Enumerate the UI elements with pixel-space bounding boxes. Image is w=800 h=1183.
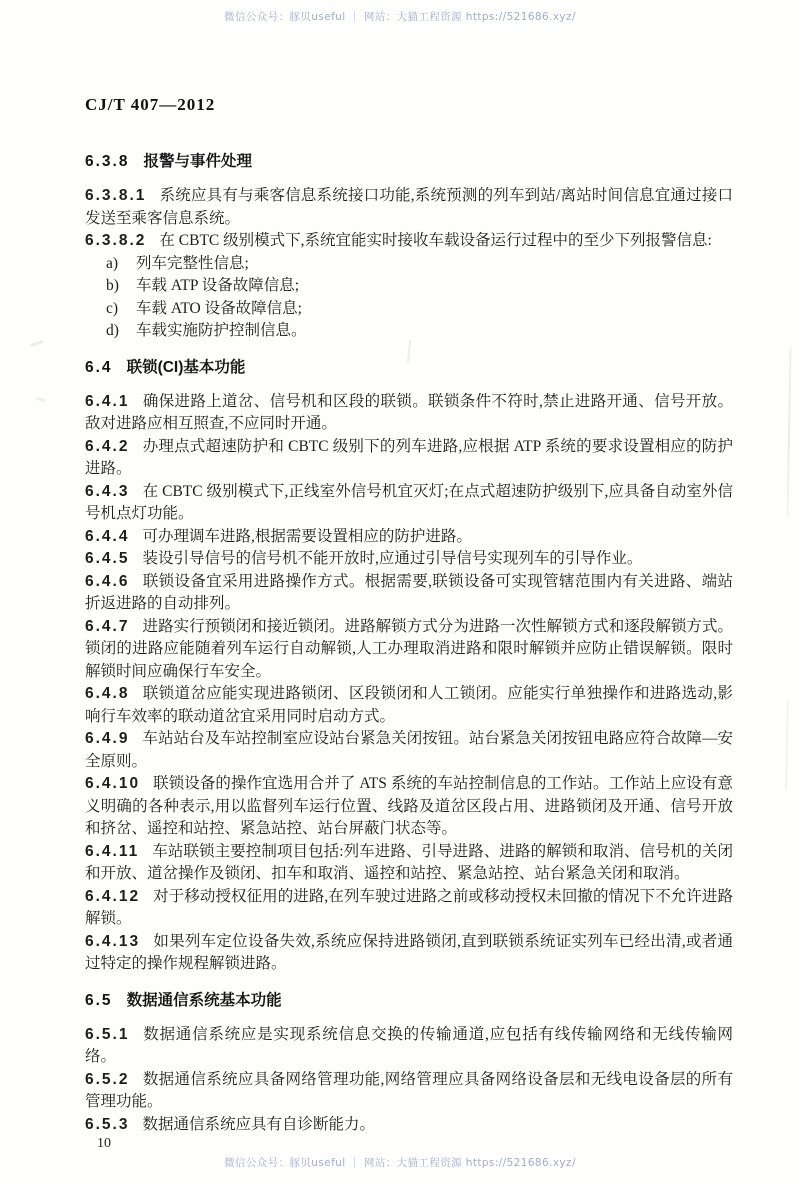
- clause-number: 6.4.2: [85, 438, 129, 455]
- clause-text: 联锁设备的操作宜选用合并了 ATS 系统的车站控制信息的工作站。工作站上应设有意…: [85, 775, 733, 837]
- clause-number: 6.5.1: [85, 1026, 129, 1043]
- section-number: 6.5: [85, 992, 113, 1009]
- page-content: CJ/T 407—2012 6.3.8报警与事件处理 6.3.8.1系统应具有与…: [85, 95, 733, 1152]
- clause-6-4-3: 6.4.3在 CBTC 级别模式下,正线室外信号机宜灭灯;在点式超速防护级别下,…: [85, 481, 733, 526]
- document-page: 微信公众号：豚贝useful ｜ 网站：大猫工程资源 https://52168…: [0, 0, 800, 1183]
- clause-6-4-1: 6.4.1确保进路上道岔、信号机和区段的联锁。联锁条件不符时,禁止进路开通、信号…: [85, 391, 733, 436]
- clause-6-4-4: 6.4.4可办理调车进路,根据需要设置相应的防护进路。: [85, 526, 733, 549]
- clause-number: 6.4.6: [85, 573, 129, 590]
- list-text: 列车完整性信息;: [136, 255, 249, 272]
- clause-6-3-8-1: 6.3.8.1系统应具有与乘客信息系统接口功能,系统预测的列车到站/离站时间信息…: [85, 185, 733, 230]
- clause-number: 6.4.10: [85, 775, 140, 792]
- clause-6-5-3: 6.5.3数据通信系统应具有自诊断能力。: [85, 1114, 733, 1137]
- clause-text: 数据通信系统应具备网络管理功能,网络管理应具备网络设备层和无线电设备层的所有管理…: [85, 1071, 733, 1111]
- scan-artifact: [30, 340, 44, 347]
- list-item-b: b)车载 ATP 设备故障信息;: [85, 275, 733, 298]
- list-item-d: d)车载实施防护控制信息。: [85, 320, 733, 343]
- section-heading-6-3-8: 6.3.8报警与事件处理: [85, 151, 733, 173]
- clause-text: 在 CBTC 级别模式下,正线室外信号机宜灭灯;在点式超速防护级别下,应具备自动…: [85, 483, 733, 523]
- list-item-c: c)车载 ATO 设备故障信息;: [85, 298, 733, 321]
- clause-number: 6.4.7: [85, 618, 129, 635]
- watermark-top: 微信公众号：豚贝useful ｜ 网站：大猫工程资源 https://52168…: [0, 9, 800, 24]
- list-item-a: a)列车完整性信息;: [85, 253, 733, 276]
- list-marker: a): [106, 253, 136, 276]
- clause-text: 办理点式超速防护和 CBTC 级别下的列车进路,应根据 ATP 系统的要求设置相…: [85, 438, 733, 478]
- clause-6-4-9: 6.4.9车站站台及车站控制室应设站台紧急关闭按钮。站台紧急关闭按钮电路应符合故…: [85, 728, 733, 773]
- watermark-bottom: 微信公众号：豚贝useful ｜ 网站：大猫工程资源 https://52168…: [0, 1155, 800, 1170]
- section-title: 联锁(CI)基本功能: [127, 359, 246, 376]
- scan-artifact: [785, 700, 789, 790]
- clause-text: 在 CBTC 级别模式下,系统宜能实时接收车载设备运行过程中的至少下列报警信息:: [159, 232, 711, 249]
- clause-6-3-8-2: 6.3.8.2在 CBTC 级别模式下,系统宜能实时接收车载设备运行过程中的至少…: [85, 230, 733, 253]
- clause-number: 6.4.11: [85, 843, 139, 860]
- doc-code: CJ/T 407—2012: [85, 95, 733, 115]
- clause-number: 6.3.8.1: [85, 187, 146, 204]
- list-marker: d): [106, 320, 136, 343]
- clause-6-4-8: 6.4.8联锁道岔应能实现进路锁闭、区段锁闭和人工锁闭。应能实行单独操作和进路选…: [85, 683, 733, 728]
- section-heading-6-4: 6.4联锁(CI)基本功能: [85, 357, 733, 379]
- clause-6-4-11: 6.4.11车站联锁主要控制项目包括:列车进路、引导进路、进路的解锁和取消、信号…: [85, 841, 733, 886]
- clause-6-4-10: 6.4.10联锁设备的操作宜选用合并了 ATS 系统的车站控制信息的工作站。工作…: [85, 773, 733, 841]
- section-title: 数据通信系统基本功能: [127, 992, 282, 1009]
- clause-6-4-12: 6.4.12对于移动授权征用的进路,在列车驶过进路之前或移动授权未回撤的情况下不…: [85, 886, 733, 931]
- clause-6-4-2: 6.4.2办理点式超速防护和 CBTC 级别下的列车进路,应根据 ATP 系统的…: [85, 436, 733, 481]
- clause-number: 6.5.2: [85, 1071, 129, 1088]
- clause-text: 联锁设备宜采用进路操作方式。根据需要,联锁设备可实现管辖范围内有关进路、端站折返…: [85, 573, 733, 613]
- clause-text: 数据通信系统应具有自诊断能力。: [142, 1116, 375, 1133]
- list-text: 车载 ATO 设备故障信息;: [136, 300, 302, 317]
- clause-text: 数据通信系统应是实现系统信息交换的传输通道,应包括有线传输网络和无线传输网络。: [85, 1026, 733, 1066]
- section-number: 6.4: [85, 359, 113, 376]
- clause-text: 可办理调车进路,根据需要设置相应的防护进路。: [142, 528, 471, 545]
- scan-artifact: [36, 397, 46, 402]
- clause-text: 进路实行预锁闭和接近锁闭。进路解锁方式分为进路一次性解锁方式和逐段解锁方式。锁闭…: [85, 618, 733, 680]
- page-number: 10: [85, 1136, 733, 1152]
- clause-6-4-7: 6.4.7进路实行预锁闭和接近锁闭。进路解锁方式分为进路一次性解锁方式和逐段解锁…: [85, 616, 733, 684]
- clause-number: 6.4.5: [85, 550, 129, 567]
- clause-text: 如果列车定位设备失效,系统应保持进路锁闭,直到联锁系统证实列车已经出清,或者通过…: [85, 933, 733, 973]
- clause-text: 系统应具有与乘客信息系统接口功能,系统预测的列车到站/离站时间信息宜通过接口发送…: [85, 187, 733, 227]
- clause-number: 6.4.1: [85, 393, 129, 410]
- clause-text: 装设引导信号的信号机不能开放时,应通过引导信号实现列车的引导作业。: [142, 550, 642, 567]
- clause-number: 6.4.9: [85, 730, 129, 747]
- clause-6-4-13: 6.4.13如果列车定位设备失效,系统应保持进路锁闭,直到联锁系统证实列车已经出…: [85, 931, 733, 976]
- clause-6-5-2: 6.5.2数据通信系统应具备网络管理功能,网络管理应具备网络设备层和无线电设备层…: [85, 1069, 733, 1114]
- scan-artifact: [787, 348, 792, 518]
- list-marker: b): [106, 275, 136, 298]
- list-text: 车载实施防护控制信息。: [136, 322, 307, 339]
- clause-6-4-6: 6.4.6联锁设备宜采用进路操作方式。根据需要,联锁设备可实现管辖范围内有关进路…: [85, 571, 733, 616]
- clause-text: 联锁道岔应能实现进路锁闭、区段锁闭和人工锁闭。应能实行单独操作和进路选动,影响行…: [85, 685, 733, 725]
- list-text: 车载 ATP 设备故障信息;: [136, 277, 299, 294]
- clause-text: 确保进路上道岔、信号机和区段的联锁。联锁条件不符时,禁止进路开通、信号开放。敌对…: [85, 393, 733, 433]
- clause-number: 6.3.8.2: [85, 232, 146, 249]
- clause-number: 6.4.4: [85, 528, 129, 545]
- section-heading-6-5: 6.5数据通信系统基本功能: [85, 990, 733, 1012]
- clause-number: 6.5.3: [85, 1116, 129, 1133]
- clause-6-5-1: 6.5.1数据通信系统应是实现系统信息交换的传输通道,应包括有线传输网络和无线传…: [85, 1024, 733, 1069]
- clause-6-4-5: 6.4.5装设引导信号的信号机不能开放时,应通过引导信号实现列车的引导作业。: [85, 548, 733, 571]
- clause-number: 6.4.8: [85, 685, 129, 702]
- clause-number: 6.4.12: [85, 888, 140, 905]
- clause-text: 车站站台及车站控制室应设站台紧急关闭按钮。站台紧急关闭按钮电路应符合故障—安全原…: [85, 730, 733, 770]
- clause-number: 6.4.13: [85, 933, 140, 950]
- clause-text: 对于移动授权征用的进路,在列车驶过进路之前或移动授权未回撤的情况下不允许进路解锁…: [85, 888, 733, 928]
- list-marker: c): [106, 298, 136, 321]
- clause-number: 6.4.3: [85, 483, 129, 500]
- section-number: 6.3.8: [85, 153, 129, 170]
- clause-text: 车站联锁主要控制项目包括:列车进路、引导进路、进路的解锁和取消、信号机的关闭和开…: [85, 843, 733, 883]
- section-title: 报警与事件处理: [143, 153, 252, 170]
